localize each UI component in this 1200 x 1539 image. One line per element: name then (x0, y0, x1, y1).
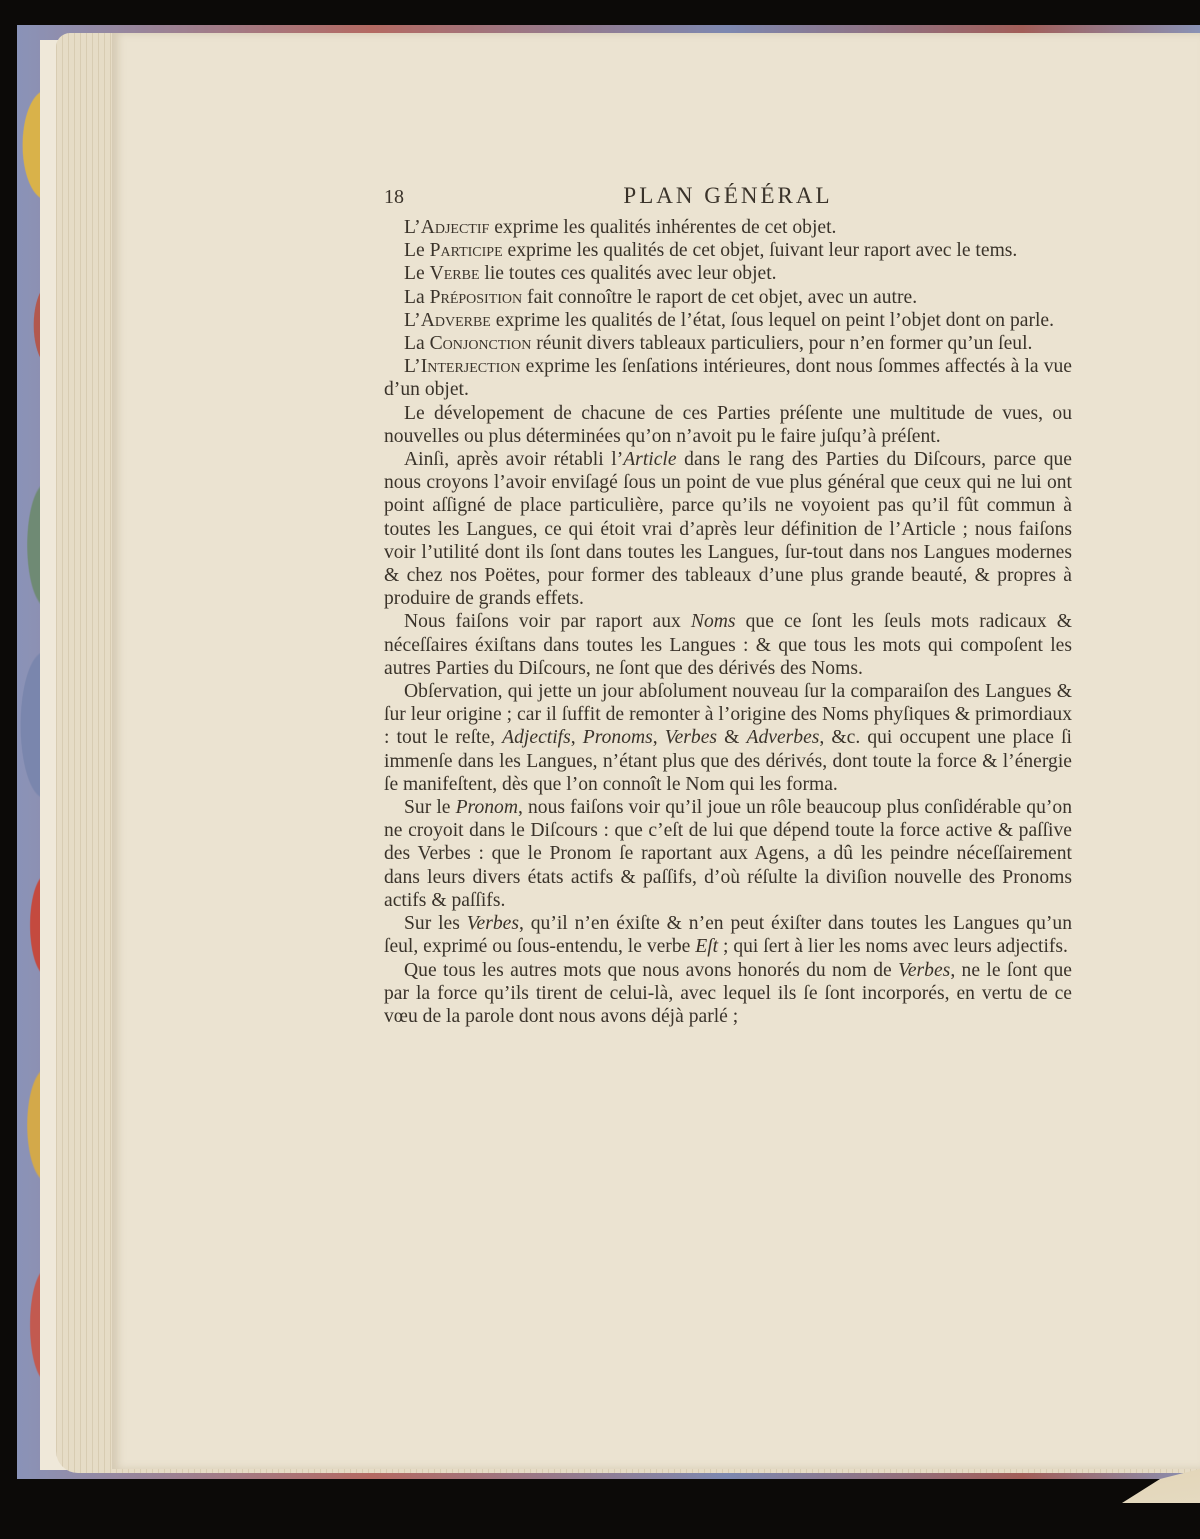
text: réunit divers tableaux particuliers, pou… (531, 333, 1032, 354)
italic-term: Article (623, 449, 676, 470)
term-conjonction: Conjonction (430, 333, 532, 354)
running-head: 18 PLAN GÉNÉRAL (384, 186, 1072, 214)
italic-term: Verbes (665, 727, 717, 748)
term-adjectif: Adjectif (421, 217, 490, 238)
text: exprime les qualités de cet objet, ſuiva… (503, 240, 1018, 261)
paragraph-developement: Le dévelopement de chacune de ces Partie… (384, 402, 1072, 448)
italic-term: Adverbes (746, 727, 819, 748)
italic-term: Adjectifs (502, 727, 571, 748)
paragraph-conjonction: La Conjonction réunit divers tableaux pa… (384, 332, 1072, 355)
text: , (571, 727, 583, 748)
paragraph-verbe: Le Verbe lie toutes ces qualités avec le… (384, 262, 1072, 285)
italic-term: Pronoms (583, 727, 653, 748)
term-verbe: Verbe (430, 263, 480, 284)
text: L’ (404, 217, 421, 238)
text: & (717, 727, 746, 748)
italic-term: Eſt (695, 936, 718, 957)
paragraph-verbes: Sur les Verbes, qu’il n’en éxiſte & n’en… (384, 912, 1072, 958)
paragraph-preposition: La Préposition fait connoître le raport … (384, 286, 1072, 309)
term-adverbe: Adverbe (421, 310, 491, 331)
paragraph-participe: Le Participe exprime les qualités de cet… (384, 239, 1072, 262)
paragraph-observation: Obſervation, qui jette un jour abſolumen… (384, 680, 1072, 796)
text: Ainſi, après avoir rétabli l’ (404, 449, 623, 470)
text: Sur le (404, 797, 456, 818)
text: Que tous les autres mots que nous avons … (404, 960, 898, 981)
page-text-block: 18 PLAN GÉNÉRAL L’Adjectif exprime les q… (384, 186, 1072, 1028)
text: L’ (404, 310, 421, 331)
text: lie toutes ces qualités avec leur objet. (480, 263, 777, 284)
paragraph-autres-mots: Que tous les autres mots que nous avons … (384, 959, 1072, 1029)
italic-term: Verbes (467, 913, 519, 934)
term-interjection: Interjection (421, 356, 521, 377)
italic-term: Noms (691, 611, 736, 632)
paragraph-pronom: Sur le Pronom, nous faiſons voir qu’il j… (384, 796, 1072, 912)
italic-term: Verbes (898, 960, 950, 981)
text: exprime les qualités inhérentes de cet o… (489, 217, 836, 238)
text: Sur les (404, 913, 467, 934)
paragraph-adverbe: L’Adverbe exprime les qualités de l’état… (384, 309, 1072, 332)
text: La (404, 333, 430, 354)
italic-term: Pronom (456, 797, 518, 818)
term-preposition: Préposition (430, 287, 523, 308)
paragraph-interjection: L’Interjection exprime les ſenſations in… (384, 355, 1072, 401)
text: La (404, 287, 430, 308)
text: fait connoître le raport de cet objet, a… (522, 287, 917, 308)
text: Le (404, 263, 430, 284)
text: exprime les qualités de l’état, ſous leq… (491, 310, 1054, 331)
text: L’ (404, 356, 421, 377)
running-head-title: PLAN GÉNÉRAL (384, 184, 1072, 207)
text: Le (404, 240, 430, 261)
text: dans le rang des Parties du Diſcours, pa… (384, 449, 1072, 609)
text: , (653, 727, 665, 748)
text: Nous faiſons voir par raport aux (404, 611, 691, 632)
paragraph-noms: Nous faiſons voir par raport aux Noms qu… (384, 610, 1072, 680)
text: Le dévelopement de chacune de ces Partie… (384, 403, 1072, 447)
text: ; qui ſert à lier les noms avec leurs ad… (718, 936, 1068, 957)
paragraph-adjectif: L’Adjectif exprime les qualités inhérent… (384, 216, 1072, 239)
paragraph-article: Ainſi, après avoir rétabli l’Article dan… (384, 448, 1072, 610)
term-participe: Participe (430, 240, 503, 261)
